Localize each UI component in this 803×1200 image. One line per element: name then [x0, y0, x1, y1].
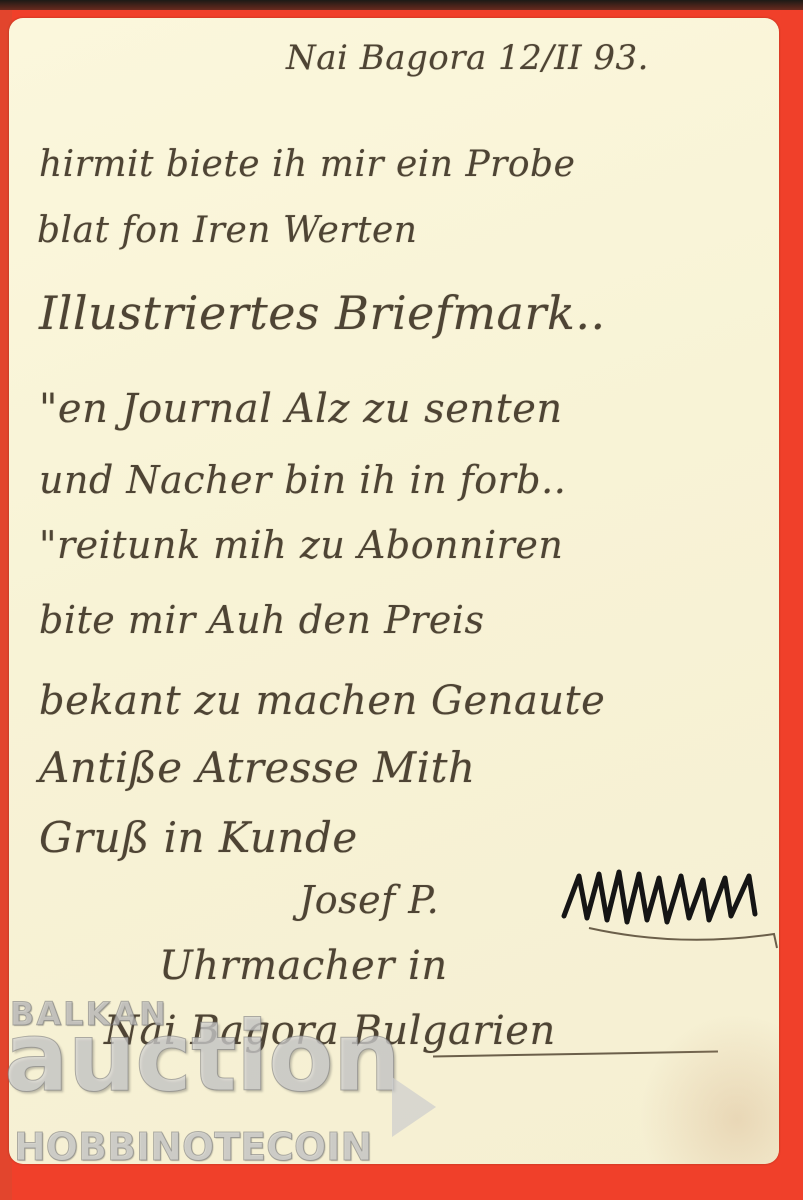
body-line: "en Journal Alz zu senten: [39, 386, 563, 432]
signature-name: Josef P.: [299, 878, 439, 922]
body-line: bite mir Auh den Preis: [39, 598, 484, 642]
signature-occupation: Uhrmacher in: [159, 943, 448, 989]
postcard: Nai Bagora 12/II 93. hirmit biete ih mir…: [9, 18, 779, 1164]
postcard-header: Nai Bagora 12/II 93.: [286, 38, 649, 78]
body-line: "reitunk mih zu Abonniren: [39, 523, 563, 567]
header-date: 12/II 93.: [498, 38, 649, 78]
scribbled-surname-mark: [559, 856, 779, 956]
header-place: Nai Bagora: [286, 38, 487, 78]
body-line: hirmit biete ih mir ein Probe: [39, 144, 575, 185]
signature-location: Nai Bagora Bulgarien: [104, 1008, 556, 1054]
body-line: Illustriertes Briefmark..: [39, 286, 606, 340]
body-line: und Nacher bin ih in forb..: [39, 458, 566, 502]
body-line: Antiße Atresse Mith: [39, 743, 476, 792]
photo-top-shadow: [0, 0, 803, 10]
body-line: blat fon Iren Werten: [37, 210, 417, 251]
body-line: Gruß in Kunde: [39, 813, 358, 862]
body-line: bekant zu machen Genaute: [39, 678, 605, 724]
